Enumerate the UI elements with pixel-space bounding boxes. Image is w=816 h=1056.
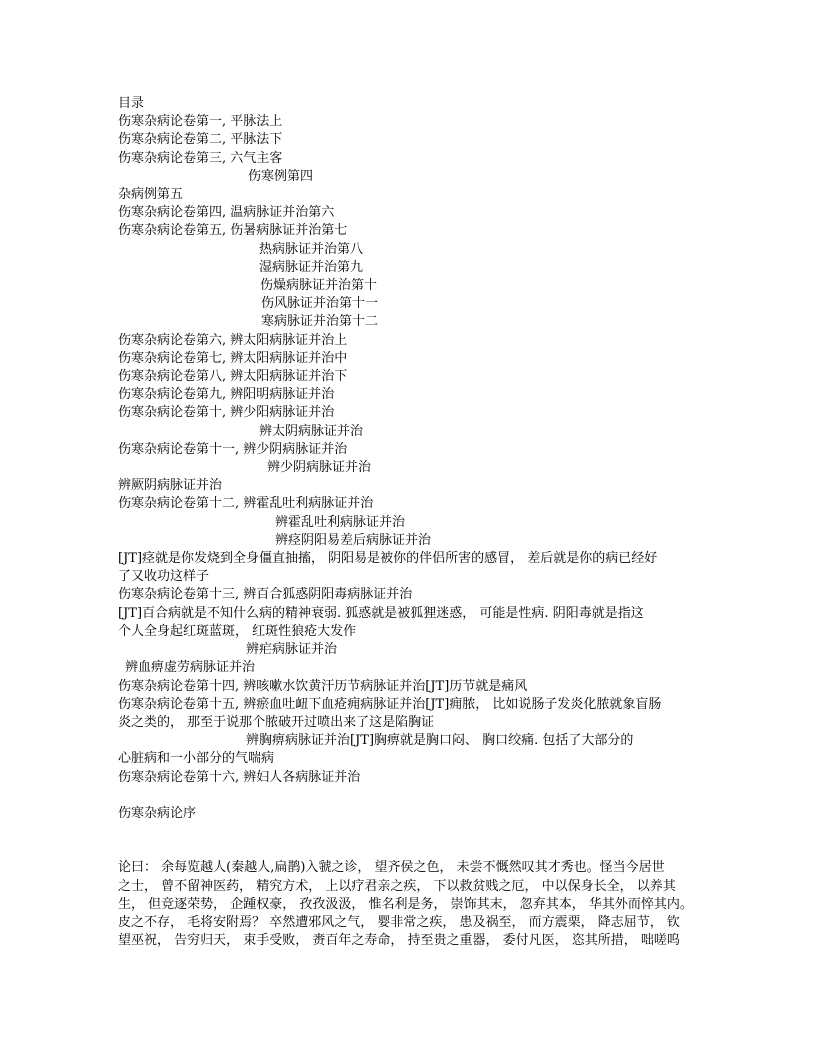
toc-title: 目录 [118, 95, 720, 113]
toc-entry-shanghan-li-4: 伤寒例第四 [118, 168, 720, 186]
toc-entry-volume-6: 伤寒杂病论卷第六, 辨太阳病脉证并治上 [118, 332, 720, 350]
toc-entry-volume-1: 伤寒杂病论卷第一, 平脉法上 [118, 113, 720, 131]
toc-entry-volume-3: 伤寒杂病论卷第三, 六气主客 [118, 150, 720, 168]
toc-entry-xiongbi-line-2: 心脏病和一小部分的气喘病 [118, 750, 720, 768]
toc-entry-shangfeng-11: 伤风脉证并治第十一 [118, 295, 720, 313]
blank-line [118, 823, 720, 841]
preface-paragraph-line-1: 论曰： 余每览越人(秦越人,扁鹊)入虢之诊， 望齐侯之色， 未尝不慨然叹其才秀也… [118, 859, 720, 877]
toc-entry-volume-15-line-2: 炎之类的， 那至于说那个脓破开过喷出来了这是陷胸证 [118, 714, 720, 732]
toc-entry-taiyin: 辨太阴病脉证并治 [118, 423, 720, 441]
toc-entry-volume-14: 伤寒杂病论卷第十四, 辨咳嗽水饮黄汗历节病脉证并治[JT]历节就是痛风 [118, 678, 720, 696]
jt-note-jing-line-2: 了又收功这样子 [118, 568, 720, 586]
toc-entry-volume-5: 伤寒杂病论卷第五, 伤暑病脉证并治第七 [118, 222, 720, 240]
jt-note-baihe-line-2: 个人全身起红斑蓝斑， 红斑性狼疮大发作 [118, 623, 720, 641]
toc-entry-jueyin: 辨厥阴病脉证并治 [118, 477, 720, 495]
toc-entry-volume-16: 伤寒杂病论卷第十六, 辨妇人各病脉证并治 [118, 769, 720, 787]
toc-entry-volume-8: 伤寒杂病论卷第八, 辨太阳病脉证并治下 [118, 368, 720, 386]
toc-entry-volume-9: 伤寒杂病论卷第九, 辨阳明病脉证并治 [118, 386, 720, 404]
jt-note-baihe-line-1: [JT]百合病就是不知什么病的精神衰弱. 狐惑就是被狐狸迷惑， 可能是性病. 阴… [118, 605, 720, 623]
toc-entry-nuebing: 辨疟病脉证并治 [118, 641, 720, 659]
toc-entry-volume-4: 伤寒杂病论卷第四, 温病脉证并治第六 [118, 204, 720, 222]
preface-paragraph-line-2: 之士， 曾不留神医药， 精究方术， 上以疗君亲之疾， 下以救贫贱之厄， 中以保身… [118, 878, 720, 896]
toc-entry-xiongbi-line-1: 辨胸痹病脉证并治[JT]胸痹就是胸口闷、 胸口绞痛. 包括了大部分的 [118, 732, 720, 750]
jt-note-jing-line-1: [JT]痉就是你发烧到全身僵直抽搐， 阴阳易是被你的伴侣所害的感冒， 差后就是你… [118, 550, 720, 568]
toc-entry-shangzao-10: 伤燥病脉证并治第十 [118, 277, 720, 295]
toc-entry-volume-11: 伤寒杂病论卷第十一, 辨少阴病脉证并治 [118, 441, 720, 459]
toc-entry-volume-12: 伤寒杂病论卷第十二, 辨霍乱吐利病脉证并治 [118, 495, 720, 513]
toc-entry-shibing-9: 湿病脉证并治第九 [118, 259, 720, 277]
preface-paragraph-line-5: 望巫祝， 告穷归天， 束手受败， 赉百年之寿命， 持至贵之重器， 委付凡医， 恣… [118, 932, 720, 950]
preface-title: 伤寒杂病论序 [118, 805, 720, 823]
toc-entry-volume-13: 伤寒杂病论卷第十三, 辨百合狐惑阴阳毒病脉证并治 [118, 586, 720, 604]
toc-entry-shaoyin: 辨少阴病脉证并治 [118, 459, 720, 477]
blank-line [118, 787, 720, 805]
blank-line [118, 841, 720, 859]
toc-entry-zabing-li-5: 杂病例第五 [118, 186, 720, 204]
toc-entry-volume-2: 伤寒杂病论卷第二, 平脉法下 [118, 131, 720, 149]
toc-entry-volume-15-line-1: 伤寒杂病论卷第十五, 辨瘀血吐衄下血疮痈病脉证并治[JT]痈脓， 比如说肠子发炎… [118, 696, 720, 714]
toc-entry-xuebi-xulao: 辨血痹虚劳病脉证并治 [118, 659, 720, 677]
toc-entry-rebing-8: 热病脉证并治第八 [118, 241, 720, 259]
toc-entry-volume-10: 伤寒杂病论卷第十, 辨少阳病脉证并治 [118, 404, 720, 422]
toc-entry-jing-yinyangyi: 辨痉阴阳易差后病脉证并治 [118, 532, 720, 550]
toc-entry-huoluan: 辨霍乱吐利病脉证并治 [118, 514, 720, 532]
preface-paragraph-line-3: 生， 但竞逐荣势， 企踵权豪， 孜孜汲汲， 惟名利是务， 崇饰其末， 忽弃其本，… [118, 896, 720, 914]
toc-entry-hanbing-12: 寒病脉证并治第十二 [118, 313, 720, 331]
preface-paragraph-line-4: 皮之不存， 毛将安附焉？ 卒然遭邪风之气， 婴非常之疾， 患及祸至， 而方震栗，… [118, 914, 720, 932]
toc-entry-volume-7: 伤寒杂病论卷第七, 辨太阳病脉证并治中 [118, 350, 720, 368]
document-page: 目录 伤寒杂病论卷第一, 平脉法上 伤寒杂病论卷第二, 平脉法下 伤寒杂病论卷第… [0, 0, 816, 1056]
